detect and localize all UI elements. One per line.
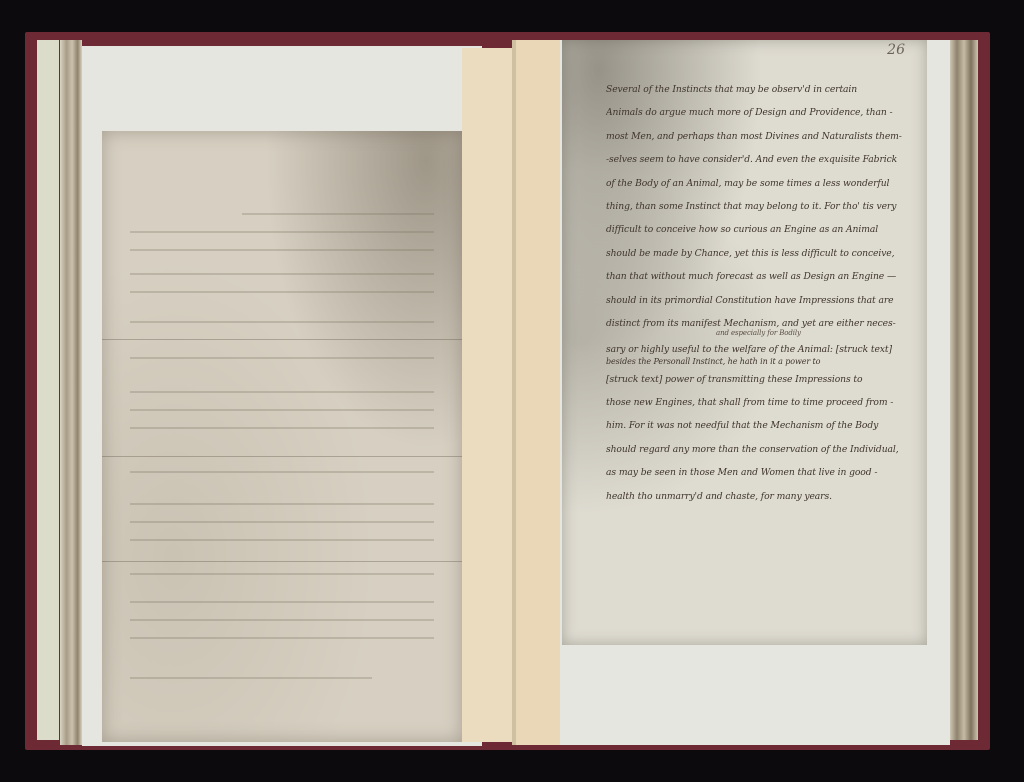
faded-text-line bbox=[130, 619, 434, 621]
manuscript-line: as may be seen in those Men and Women th… bbox=[606, 461, 924, 484]
manuscript-line: of the Body of an Animal, may be some ti… bbox=[606, 172, 924, 195]
manuscript-line: him. For it was not needful that the Mec… bbox=[606, 414, 924, 437]
manuscript-line: than that without much forecast as well … bbox=[606, 265, 924, 288]
manuscript-text: Several of the Instincts that may be obs… bbox=[606, 78, 924, 508]
right-manuscript-page: 26 Several of the Instincts that may be … bbox=[562, 40, 927, 645]
manuscript-line: should regard any more than the conserva… bbox=[606, 438, 924, 461]
faded-text-line bbox=[130, 503, 434, 505]
faded-text-line bbox=[130, 573, 434, 575]
faded-text-line bbox=[130, 231, 434, 233]
manuscript-line: health tho unmarry'd and chaste, for man… bbox=[606, 485, 924, 508]
manuscript-line: those new Engines, that shall from time … bbox=[606, 391, 924, 414]
faded-text-line bbox=[130, 601, 434, 603]
manuscript-line: should in its primordial Constitution ha… bbox=[606, 289, 924, 312]
manuscript-line: difficult to conceive how so curious an … bbox=[606, 218, 924, 241]
binding-stub-right bbox=[516, 40, 562, 745]
binding-stub-left bbox=[462, 48, 512, 742]
faded-text-line bbox=[130, 539, 434, 541]
faded-text-line bbox=[130, 521, 434, 523]
faded-text-line bbox=[130, 321, 434, 323]
faded-text-line bbox=[130, 391, 434, 393]
faded-text-line bbox=[130, 291, 434, 293]
manuscript-line: should be made by Chance, yet this is le… bbox=[606, 242, 924, 265]
fold-line bbox=[102, 456, 462, 457]
left-manuscript-page bbox=[102, 131, 462, 742]
fold-line bbox=[102, 339, 462, 340]
faded-text-line bbox=[130, 273, 434, 275]
manuscript-line: most Men, and perhaps than most Divines … bbox=[606, 125, 924, 148]
right-page-edges bbox=[950, 40, 978, 740]
manuscript-line: thing, than some Instinct that may belon… bbox=[606, 195, 924, 218]
page-number: 26 bbox=[887, 42, 905, 58]
faded-text-line bbox=[130, 357, 434, 359]
left-page-edges bbox=[60, 40, 82, 745]
manuscript-line: -selves seem to have consider'd. And eve… bbox=[606, 148, 924, 171]
faded-text-line bbox=[130, 637, 434, 639]
faded-text-line bbox=[130, 677, 372, 679]
manuscript-line: [struck text] power of transmitting thes… bbox=[606, 368, 924, 391]
fold-line bbox=[102, 561, 462, 562]
faded-text-line bbox=[130, 409, 434, 411]
faded-text-line bbox=[242, 213, 434, 215]
left-flyleaf bbox=[37, 40, 59, 740]
manuscript-line: Animals do argue much more of Design and… bbox=[606, 101, 924, 124]
faded-text-line bbox=[130, 471, 434, 473]
faded-text-line bbox=[130, 249, 434, 251]
manuscript-line: Several of the Instincts that may be obs… bbox=[606, 78, 924, 101]
faded-text-line bbox=[130, 427, 434, 429]
